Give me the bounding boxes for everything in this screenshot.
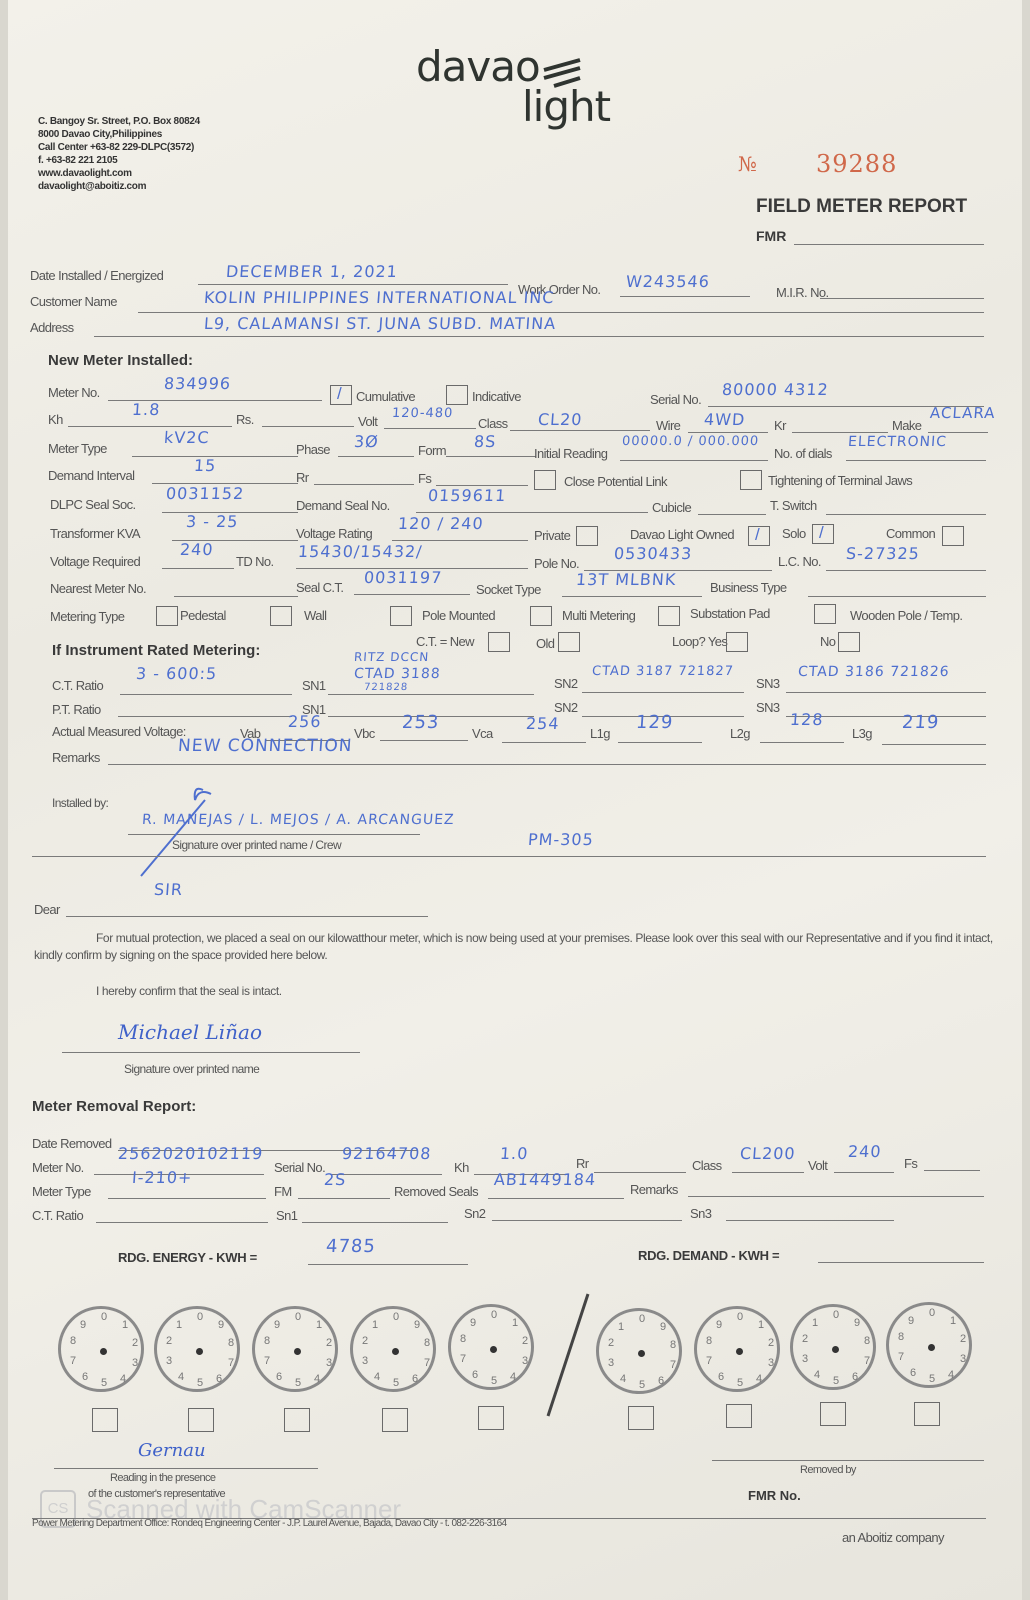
- fmr-field[interactable]: [794, 244, 984, 245]
- reading-demand-field[interactable]: [818, 1262, 984, 1263]
- company-tagline: an Aboitiz company: [842, 1530, 944, 1545]
- kr-field[interactable]: [792, 432, 888, 433]
- pole-mounted-label: Pole Mounted: [422, 608, 495, 623]
- common-label: Common: [886, 526, 935, 541]
- class-field[interactable]: [510, 430, 650, 431]
- wooden-pole-checkbox[interactable]: [814, 604, 836, 624]
- removed-by-label: Removed by: [800, 1464, 856, 1476]
- l3g-label: L3g: [852, 726, 872, 741]
- field-meter-report-form: davao light C. Bangoy Sr. Street, P.O. B…: [8, 0, 1022, 1600]
- removed-volt-value: 240: [847, 1142, 882, 1161]
- dlpc-seal-value: 0031152: [165, 484, 245, 503]
- seal-ct-field[interactable]: [354, 594, 470, 595]
- ct-old-checkbox[interactable]: [558, 632, 580, 652]
- demand-dial-2[interactable]: 0123456789: [694, 1306, 780, 1392]
- t-switch-field[interactable]: [826, 514, 986, 515]
- removed-fs-field[interactable]: [924, 1170, 980, 1171]
- pedestal-checkbox[interactable]: [156, 606, 178, 626]
- signature-scribble-icon: [133, 780, 223, 885]
- rs-field[interactable]: [262, 426, 354, 427]
- removed-class-value: CL200: [739, 1144, 796, 1163]
- form-title: FIELD METER REPORT: [756, 196, 967, 218]
- energy-dial-5[interactable]: 0123456789: [448, 1304, 534, 1390]
- meter-type-label: Meter Type: [48, 441, 107, 456]
- demand-interval-value: 15: [193, 456, 217, 475]
- l2g-label: L2g: [730, 726, 750, 741]
- volt-field[interactable]: [384, 428, 476, 429]
- removed-seals-label: Removed Seals: [394, 1184, 478, 1199]
- form-value: 8S: [473, 432, 497, 451]
- customer-signature-line[interactable]: [62, 1052, 360, 1053]
- pt-ratio-field[interactable]: [118, 716, 292, 717]
- removed-sn2-field[interactable]: [492, 1220, 682, 1221]
- removed-meter-no-label: Meter No.: [32, 1160, 84, 1175]
- initial-reading-value: 00000.0 / 000.000: [621, 434, 759, 449]
- address-line: davaolight@aboitiz.com: [38, 180, 200, 193]
- removal-section-title: Meter Removal Report:: [32, 1098, 196, 1115]
- seal-ct-value: 0031197: [363, 568, 443, 587]
- ct-sn1-label: SN1: [302, 678, 326, 693]
- removed-sn3-label: Sn3: [690, 1206, 711, 1221]
- wooden-pole-label: Wooden Pole / Temp.: [850, 608, 962, 623]
- kh-field[interactable]: [68, 426, 232, 427]
- nearest-meter-field[interactable]: [174, 596, 298, 597]
- common-checkbox[interactable]: [942, 526, 964, 546]
- fs-label: Fs: [418, 471, 431, 486]
- form-field[interactable]: [446, 456, 536, 457]
- ct-ratio-value: 3 - 600:5: [135, 664, 218, 683]
- make-label: Make: [892, 418, 921, 433]
- removed-sn1-label: Sn1: [276, 1208, 297, 1223]
- form-number: 39288: [816, 150, 897, 178]
- kh-value: 1.8: [131, 400, 161, 419]
- removed-fm-field[interactable]: [298, 1198, 390, 1199]
- date-removed-label: Date Removed: [32, 1136, 112, 1151]
- dial-separator-slash: [544, 1290, 594, 1425]
- lc-no-field[interactable]: [826, 570, 986, 571]
- wall-label: Wall: [304, 608, 326, 623]
- ct-sn3-label: SN3: [756, 676, 780, 691]
- initial-reading-field[interactable]: [620, 460, 768, 461]
- private-label: Private: [534, 528, 570, 543]
- ct-new-checkbox[interactable]: [488, 632, 510, 652]
- multi-metering-label: Multi Metering: [562, 608, 635, 623]
- serial-no-label: Serial No.: [650, 392, 701, 407]
- energy-dial-3[interactable]: 0123456789: [252, 1306, 338, 1392]
- removed-rr-field[interactable]: [594, 1172, 686, 1173]
- ct-new-label: C.T. = New: [416, 634, 474, 649]
- cumulative-checkbox[interactable]: [330, 385, 352, 405]
- removed-sn3-field[interactable]: [726, 1220, 894, 1221]
- customer-name-value: KOLIN PHILIPPINES INTERNATIONAL INC: [203, 288, 555, 307]
- energy-dial-1-box[interactable]: [92, 1408, 118, 1432]
- loop-yes-checkbox[interactable]: [726, 632, 748, 652]
- voltage-rating-label: Voltage Rating: [296, 526, 372, 541]
- address-line: C. Bangoy Sr. Street, P.O. Box 80824: [38, 115, 200, 128]
- demand-dial-3-box[interactable]: [820, 1402, 846, 1426]
- wire-value: 4WD: [703, 410, 746, 429]
- removed-volt-label: Volt: [808, 1158, 827, 1173]
- demand-dial-4[interactable]: 0123456789: [886, 1302, 972, 1388]
- indicative-checkbox[interactable]: [446, 385, 468, 405]
- demand-seal-label: Demand Seal No.: [296, 498, 390, 513]
- transformer-kva-value: 3 - 25: [185, 512, 239, 531]
- ct-old-label: Old: [536, 636, 554, 651]
- demand-dial-1-box[interactable]: [628, 1406, 654, 1430]
- number-label: №: [738, 152, 757, 176]
- serial-no-value: 80000 4312: [721, 380, 829, 399]
- address-line: Call Center +63-82 229-DLPC(3572): [38, 141, 200, 154]
- no-of-dials-label: No. of dials: [774, 446, 832, 461]
- nearest-meter-label: Nearest Meter No.: [50, 581, 146, 596]
- removed-kh-label: Kh: [454, 1160, 469, 1175]
- vca-label: Vca: [472, 726, 493, 741]
- davao-light-owned-checkbox[interactable]: [748, 526, 770, 546]
- reading-witness-line[interactable]: [54, 1468, 318, 1469]
- removed-volt-field[interactable]: [834, 1172, 894, 1173]
- substation-pad-checkbox[interactable]: [658, 606, 680, 626]
- removed-ct-ratio-field[interactable]: [96, 1222, 268, 1223]
- seal-confirm-text: I hereby confirm that the seal is intact…: [96, 984, 282, 998]
- phase-value: 3Ø: [353, 432, 379, 451]
- reading-energy-label: RDG. ENERGY - KWH =: [118, 1250, 257, 1265]
- removed-seals-value: AB1449184: [493, 1170, 597, 1189]
- loop-no-label: No: [820, 634, 835, 649]
- td-no-label: TD No.: [236, 554, 274, 569]
- voltage-required-label: Voltage Required: [50, 554, 140, 569]
- rs-label: Rs.: [236, 412, 254, 427]
- demand-seal-value: 0159611: [427, 486, 507, 505]
- removed-seals-field[interactable]: [488, 1198, 624, 1199]
- date-installed-label: Date Installed / Energized: [30, 268, 163, 283]
- cumulative-label: Cumulative: [356, 389, 415, 404]
- class-label: Class: [478, 416, 508, 431]
- work-order-field[interactable]: [620, 296, 750, 297]
- removed-serial-value: 92164708: [341, 1144, 432, 1163]
- transformer-kva-label: Transformer KVA: [50, 526, 140, 541]
- customer-name-label: Customer Name: [30, 294, 117, 309]
- energy-dial-3-box[interactable]: [284, 1408, 310, 1432]
- initial-reading-label: Initial Reading: [534, 446, 607, 461]
- socket-type-label: Socket Type: [476, 582, 541, 597]
- class-value: CL20: [537, 410, 583, 429]
- removed-ct-ratio-label: C.T. Ratio: [32, 1208, 83, 1223]
- vbc-value: 253: [401, 712, 440, 733]
- demand-dial-3[interactable]: 0987654321: [790, 1304, 876, 1390]
- removed-meter-no-value: 2562020102119: [117, 1144, 264, 1163]
- vbc-field[interactable]: [380, 740, 468, 741]
- indicative-label: Indicative: [472, 389, 521, 404]
- address-line: 8000 Davao City,Philippines: [38, 128, 200, 141]
- ct-sn2-label: SN2: [554, 676, 578, 691]
- seal-notice-paragraph: For mutual protection, we placed a seal …: [34, 930, 994, 964]
- ct-sn1-value: CTAD 3188: [353, 666, 441, 682]
- removed-fs-label: Fs: [904, 1156, 917, 1171]
- wall-checkbox[interactable]: [270, 606, 292, 626]
- meter-type-value: kV2C: [163, 428, 210, 447]
- metering-type-label: Metering Type: [50, 609, 124, 624]
- loop-no-checkbox[interactable]: [838, 632, 860, 652]
- section-divider: [32, 856, 986, 857]
- kh-label: Kh: [48, 412, 63, 427]
- demand-dial-2-box[interactable]: [726, 1404, 752, 1428]
- removed-remarks-field[interactable]: [688, 1196, 984, 1197]
- demand-seal-field[interactable]: [416, 512, 648, 513]
- voltage-required-value: 240: [179, 540, 214, 559]
- ct-sn3-value: CTAD 3186 721826: [797, 664, 950, 680]
- l1g-value: 129: [635, 712, 674, 733]
- make-field[interactable]: [928, 432, 988, 433]
- wire-field[interactable]: [688, 432, 768, 433]
- dlpc-seal-label: DLPC Seal Soc.: [50, 497, 136, 512]
- reading-witness-signature: Gernau: [138, 1440, 206, 1461]
- new-meter-section-title: New Meter Installed:: [48, 352, 193, 369]
- pole-mounted-checkbox[interactable]: [390, 606, 412, 626]
- energy-dial-1[interactable]: 0123456789: [58, 1306, 144, 1392]
- phase-field[interactable]: [338, 456, 414, 457]
- rr-field[interactable]: [314, 484, 414, 485]
- td-no-value: 15430/15432/: [297, 542, 423, 561]
- measured-voltage-label: Actual Measured Voltage:: [52, 724, 186, 739]
- private-checkbox[interactable]: [576, 526, 598, 546]
- ct-sn1-subvalue: 721828: [364, 682, 409, 693]
- address-value: L9, CALAMANSI ST. JUNA SUBD. MATINA: [203, 314, 557, 333]
- date-installed-field[interactable]: [198, 284, 508, 285]
- installed-by-label: Installed by:: [52, 796, 108, 810]
- remarks-value: NEW CONNECTION: [177, 736, 353, 756]
- dear-field[interactable]: [66, 916, 428, 917]
- vab-value: 256: [287, 712, 322, 731]
- ct-sn1-note: RITZ DCCN: [354, 650, 430, 664]
- volt-value: 120-480: [391, 406, 453, 421]
- address-field[interactable]: [94, 336, 984, 337]
- ct-sn2-value: CTAD 3187 721827: [591, 664, 734, 679]
- tightening-terminal-jaws-checkbox[interactable]: [740, 470, 762, 490]
- seal-ct-label: Seal C.T.: [296, 580, 343, 595]
- l1g-field[interactable]: [618, 742, 702, 743]
- solo-checkbox[interactable]: [812, 524, 834, 544]
- reading-energy-value: 4785: [325, 1236, 376, 1257]
- removed-serial-field[interactable]: [330, 1174, 442, 1175]
- cubicle-field[interactable]: [698, 514, 766, 515]
- business-type-field[interactable]: [808, 596, 986, 597]
- logo-light: light: [522, 82, 610, 131]
- energy-dial-2[interactable]: 0987654321: [154, 1306, 240, 1392]
- davao-light-owned-label: Davao Light Owned: [630, 527, 734, 542]
- address-label: Address: [30, 320, 74, 335]
- vbc-label: Vbc: [354, 726, 375, 741]
- removed-sn1-field[interactable]: [302, 1222, 448, 1223]
- socket-type-field[interactable]: [562, 596, 702, 597]
- fmr-no-label: FMR No.: [748, 1488, 801, 1503]
- socket-type-value: 13T MLBNK: [575, 570, 677, 589]
- removed-by-line[interactable]: [712, 1460, 984, 1461]
- removed-kh-value: 1.0: [499, 1144, 529, 1163]
- fmr-label: FMR: [756, 228, 786, 244]
- ct-sn3-field[interactable]: [786, 692, 986, 693]
- l3g-field[interactable]: [882, 744, 986, 745]
- wire-label: Wire: [656, 418, 680, 433]
- make-value: ACLARA: [929, 404, 996, 422]
- lc-no-label: L.C. No.: [778, 554, 821, 569]
- removed-rr-label: Rr: [576, 1156, 589, 1171]
- company-address: C. Bangoy Sr. Street, P.O. Box 80824 800…: [38, 115, 200, 193]
- l2g-value: 128: [789, 710, 824, 729]
- meter-no-label: Meter No.: [48, 385, 100, 400]
- tightening-terminal-jaws-label: Tightening of Terminal Jaws: [768, 473, 912, 488]
- vca-value: 254: [525, 714, 560, 733]
- kr-label: Kr: [774, 418, 786, 433]
- removed-class-label: Class: [692, 1158, 722, 1173]
- removed-class-field[interactable]: [732, 1172, 804, 1173]
- removed-serial-label: Serial No.: [274, 1160, 325, 1175]
- dear-label: Dear: [34, 902, 60, 917]
- phase-label: Phase: [296, 442, 330, 457]
- solo-label: Solo: [782, 526, 806, 541]
- demand-dial-4-box[interactable]: [914, 1402, 940, 1426]
- energy-dial-2-box[interactable]: [188, 1408, 214, 1432]
- energy-dial-4-box[interactable]: [382, 1408, 408, 1432]
- close-potential-link-label: Close Potential Link: [564, 474, 667, 489]
- t-switch-label: T. Switch: [770, 498, 817, 513]
- customer-signature-caption: Signature over printed name: [124, 1062, 259, 1076]
- form-label: Form: [418, 443, 446, 458]
- removed-fm-label: FM: [274, 1184, 292, 1199]
- instrument-section-title: If Instrument Rated Metering:: [52, 642, 260, 659]
- voltage-rating-field[interactable]: [392, 540, 528, 541]
- l2g-field[interactable]: [760, 742, 844, 743]
- pt-ratio-label: P.T. Ratio: [52, 702, 101, 717]
- pt-sn3-label: SN3: [756, 700, 780, 715]
- demand-dial-1[interactable]: 0987654321: [596, 1308, 682, 1394]
- address-line: www.davaolight.com: [38, 167, 200, 180]
- no-of-dials-value: ELECTRONIC: [847, 434, 947, 450]
- removed-remarks-label: Remarks: [630, 1182, 678, 1197]
- vca-field[interactable]: [502, 742, 586, 743]
- business-type-label: Business Type: [710, 580, 787, 595]
- reading-energy-field[interactable]: [308, 1264, 468, 1265]
- removed-meter-type-label: Meter Type: [32, 1184, 91, 1199]
- ct-ratio-label: C.T. Ratio: [52, 678, 103, 693]
- no-of-dials-field[interactable]: [846, 460, 986, 461]
- removed-meter-type-field[interactable]: [108, 1198, 266, 1199]
- substation-pad-label: Substation Pad: [690, 606, 770, 621]
- reading-caption-1: Reading in the presence: [110, 1472, 215, 1484]
- pole-no-value: 0530433: [613, 544, 693, 563]
- lc-no-value: S-27325: [845, 544, 920, 563]
- ct-ratio-field[interactable]: [120, 694, 292, 695]
- ct-sn1-field[interactable]: [328, 694, 534, 695]
- energy-dial-4[interactable]: 0987654321: [350, 1306, 436, 1392]
- mir-field[interactable]: [820, 298, 984, 299]
- voltage-rating-value: 120 / 240: [397, 514, 484, 533]
- installed-by-code: PM-305: [527, 830, 594, 849]
- pole-no-label: Pole No.: [534, 556, 579, 571]
- date-installed-value: DECEMBER 1, 2021: [225, 262, 398, 281]
- office-address: Power Metering Department Office: Rondeq…: [32, 1518, 507, 1529]
- demand-interval-label: Demand Interval: [48, 468, 134, 483]
- remarks-field[interactable]: [108, 764, 986, 765]
- l3g-value: 219: [901, 712, 940, 733]
- rr-label: Rr: [296, 470, 309, 485]
- energy-dial-5-box[interactable]: [478, 1406, 504, 1430]
- close-potential-link-checkbox[interactable]: [534, 470, 556, 490]
- address-line: f. +63-82 221 2105: [38, 154, 200, 167]
- voltage-required-field[interactable]: [162, 568, 234, 569]
- work-order-value: W243546: [625, 272, 710, 291]
- removed-sn2-label: Sn2: [464, 1206, 485, 1221]
- pedestal-label: Pedestal: [180, 608, 226, 623]
- meter-no-value: 834996: [163, 374, 231, 393]
- customer-name-field[interactable]: [138, 312, 984, 313]
- remarks-label: Remarks: [52, 750, 100, 765]
- reading-demand-label: RDG. DEMAND - KWH =: [638, 1248, 779, 1263]
- removed-meter-type-value: I-210+: [131, 1168, 193, 1187]
- ct-sn2-field[interactable]: [582, 692, 744, 693]
- l1g-label: L1g: [590, 726, 610, 741]
- cubicle-label: Cubicle: [652, 500, 691, 515]
- loop-yes-label: Loop? Yes: [672, 634, 727, 649]
- dear-value: SIR: [153, 880, 183, 899]
- pt-sn2-label: SN2: [554, 700, 578, 715]
- volt-label: Volt: [358, 414, 377, 429]
- multi-metering-checkbox[interactable]: [530, 606, 552, 626]
- customer-signature: Michael Liñao: [118, 1020, 262, 1044]
- removed-fm-value: 2S: [323, 1170, 347, 1189]
